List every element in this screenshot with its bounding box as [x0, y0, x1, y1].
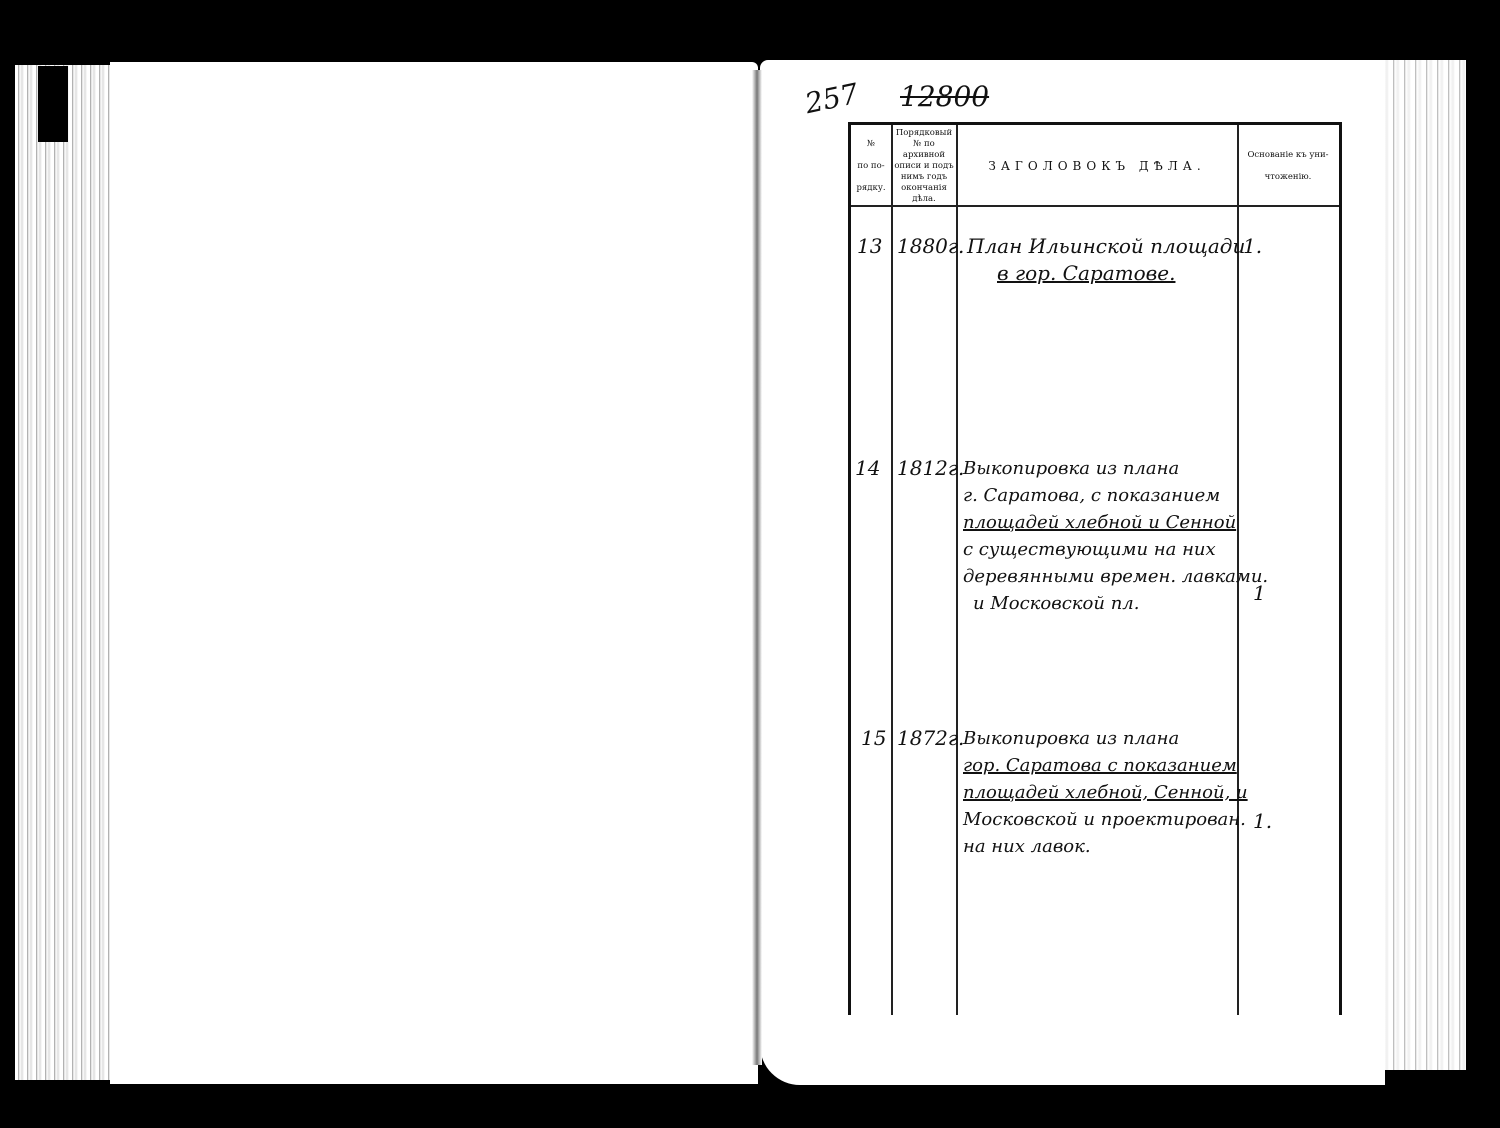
row-basis: 1. [1243, 233, 1262, 260]
row-year: 1872г. [897, 725, 964, 752]
header-row-number: №по по-рядку. [851, 129, 891, 203]
row-basis: 1 [1253, 580, 1266, 607]
row-basis: 1. [1253, 808, 1272, 835]
row-number: 15 [861, 725, 886, 752]
left-page-edges [15, 65, 120, 1080]
row-title: План Ильинской площади в гор. Саратове. [967, 233, 1245, 287]
right-page-edges [1378, 60, 1466, 1070]
left-page-blank [110, 62, 758, 1084]
header-case-title: ЗАГОЛОВОКЪ ДѢЛА. [957, 129, 1237, 203]
header-archive-year: Порядковый№ по архивнойописи и подънимъ … [892, 129, 956, 203]
row-number: 14 [855, 455, 880, 482]
header-destruction-basis: Основаніе къ уни-чтоженію. [1238, 129, 1338, 203]
archive-number: 12800 [900, 80, 989, 113]
row-year: 1812г. [897, 455, 964, 482]
book-gutter [752, 70, 762, 1065]
ledger-table: №по по-рядку. Порядковый№ по архивнойопи… [848, 122, 1342, 1015]
row-year: 1880г. [897, 233, 964, 260]
row-title: Выкопировка из плана гор. Саратова с пок… [963, 725, 1248, 860]
row-number: 13 [857, 233, 882, 260]
row-title: Выкопировка из плана г. Саратова, с пока… [963, 455, 1268, 617]
bookmark-ribbon [38, 66, 68, 142]
